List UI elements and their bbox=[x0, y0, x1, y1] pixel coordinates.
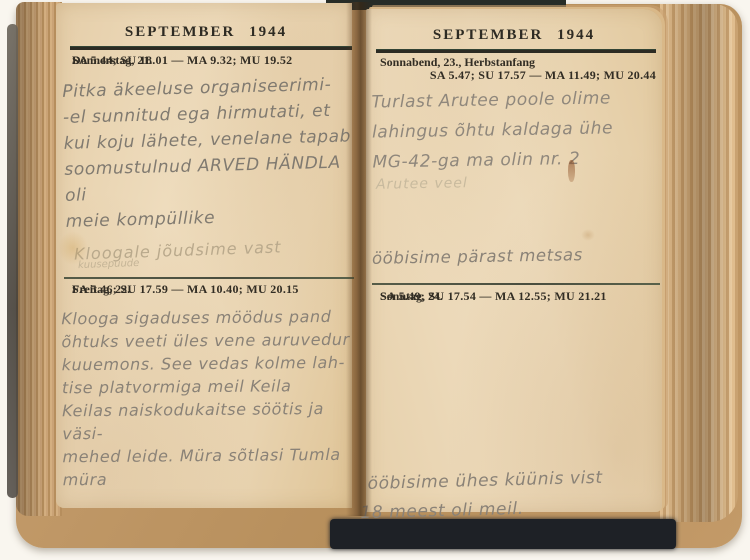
stain bbox=[568, 160, 575, 182]
gutter-shadow bbox=[346, 2, 372, 516]
handwritten-line: müra bbox=[63, 466, 363, 492]
handwritten-line: mehed leide. Müra sõtlasi Tumla bbox=[62, 443, 362, 469]
handwritten-note-day2: ööbisime ühes küünis vist 18 meest oli m… bbox=[367, 462, 668, 528]
day-times: SA 5.46; SU 17.59 — MA 10.40; MU 20.15 bbox=[72, 282, 299, 297]
stain bbox=[58, 231, 88, 265]
handwritten-line: Klooga sigaduses möödus pand bbox=[61, 305, 361, 331]
handwritten-line: tise platvormiga meil Keila bbox=[62, 374, 362, 400]
handwritten-line: ööbisime pärast metsas bbox=[372, 245, 583, 268]
day-times: SA 5.49; SU 17.54 — MA 12.55; MU 21.21 bbox=[380, 289, 607, 304]
handwritten-line: soomustulnud ARVED HÄNDLA oli bbox=[64, 149, 361, 209]
handwritten-line: MG-42-ga ma olin nr. 2 bbox=[372, 142, 664, 177]
handwritten-note-day1: Pitka äkeeluse organiseerimi- -el sunnit… bbox=[62, 71, 362, 235]
section-divider bbox=[64, 277, 354, 279]
faint-note: Arutee veel bbox=[376, 175, 468, 193]
day-times: SA 5.44; SU 18.01 — MA 9.32; MU 19.52 bbox=[72, 53, 292, 68]
book-spine-edge bbox=[7, 24, 18, 498]
page-stack-right bbox=[660, 4, 738, 522]
month-header: SEPTEMBER 1944 bbox=[372, 27, 656, 44]
diary-page-left: SEPTEMBER 1944 Donnerstag, 21. SA 5.44; … bbox=[56, 3, 352, 508]
handwritten-line: kuuemons. See vedas kolme lah- bbox=[62, 351, 362, 377]
diary-page-right: SEPTEMBER 1944 Sonnabend, 23., Herbstanf… bbox=[366, 9, 662, 512]
day-times: SA 5.47; SU 17.57 — MA 11.49; MU 20.44 bbox=[380, 68, 656, 83]
stain bbox=[581, 229, 595, 241]
handwritten-note-day1: Turlast Arutee poole olime lahingus õhtu… bbox=[371, 82, 665, 177]
header-rule bbox=[70, 46, 352, 50]
faint-note-small: kuusepuude bbox=[78, 258, 140, 271]
month-header: SEPTEMBER 1944 bbox=[62, 24, 350, 41]
handwritten-line: Keilas naiskodukaitse söötis ja väsi- bbox=[62, 397, 362, 446]
section-divider bbox=[372, 283, 660, 285]
handwritten-note-day2: Klooga sigaduses möödus pand õhtuks veet… bbox=[61, 305, 363, 492]
handwritten-line: õhtuks veeti üles vene auruvedur bbox=[61, 328, 361, 354]
header-rule bbox=[376, 49, 656, 53]
